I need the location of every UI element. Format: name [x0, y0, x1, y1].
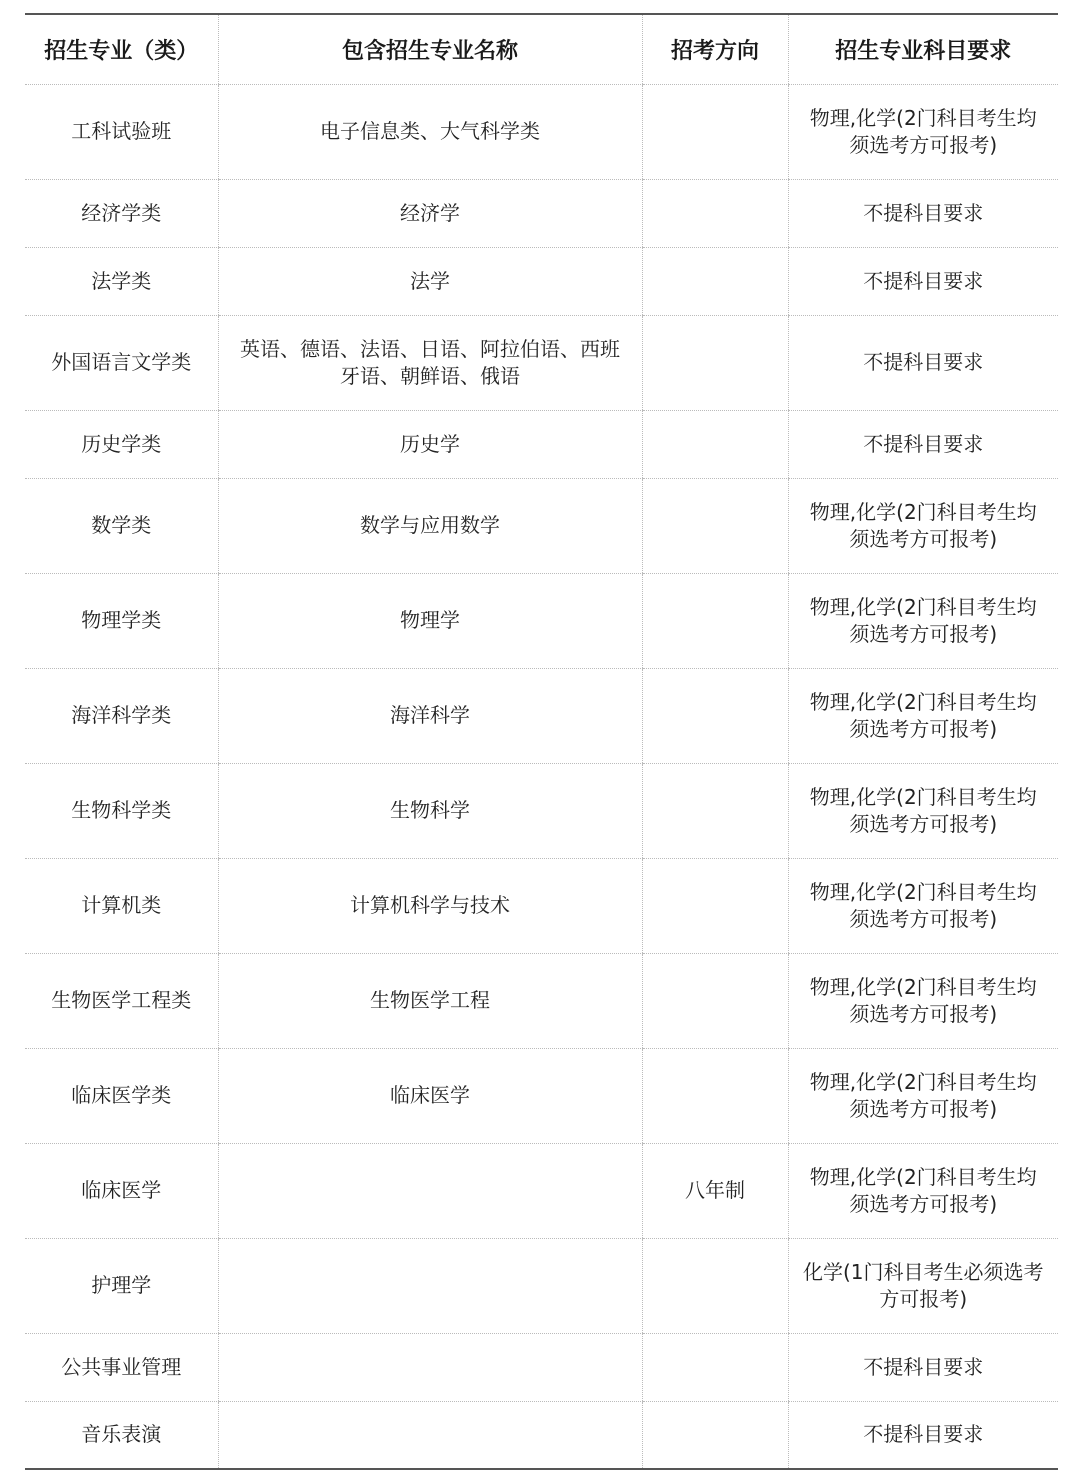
cell-includes: 历史学	[218, 410, 642, 478]
cell-direction	[642, 1401, 788, 1469]
cell-requirement: 不提科目要求	[788, 1333, 1058, 1401]
cell-direction	[642, 84, 788, 179]
cell-includes: 生物科学	[218, 763, 642, 858]
cell-includes	[218, 1401, 642, 1469]
cell-direction	[642, 573, 788, 668]
table-row: 临床医学 八年制 物理,化学(2门科目考生均须选考方可报考)	[25, 1143, 1058, 1238]
cell-major: 物理学类	[25, 573, 218, 668]
header-includes: 包含招生专业名称	[218, 14, 642, 84]
cell-requirement: 物理,化学(2门科目考生均须选考方可报考)	[788, 84, 1058, 179]
table-row: 外国语言文学类 英语、德语、法语、日语、阿拉伯语、西班牙语、朝鲜语、俄语 不提科…	[25, 315, 1058, 410]
cell-major: 计算机类	[25, 858, 218, 953]
cell-includes: 数学与应用数学	[218, 478, 642, 573]
cell-requirement: 物理,化学(2门科目考生均须选考方可报考)	[788, 668, 1058, 763]
table-row: 工科试验班 电子信息类、大气科学类 物理,化学(2门科目考生均须选考方可报考)	[25, 84, 1058, 179]
table-row: 法学类 法学 不提科目要求	[25, 247, 1058, 315]
cell-requirement: 不提科目要求	[788, 410, 1058, 478]
cell-requirement: 物理,化学(2门科目考生均须选考方可报考)	[788, 763, 1058, 858]
cell-major: 生物医学工程类	[25, 953, 218, 1048]
cell-major: 经济学类	[25, 179, 218, 247]
header-requirement: 招生专业科目要求	[788, 14, 1058, 84]
cell-requirement: 物理,化学(2门科目考生均须选考方可报考)	[788, 573, 1058, 668]
cell-major: 法学类	[25, 247, 218, 315]
cell-requirement: 物理,化学(2门科目考生均须选考方可报考)	[788, 1143, 1058, 1238]
cell-direction	[642, 668, 788, 763]
header-direction: 招考方向	[642, 14, 788, 84]
cell-includes: 经济学	[218, 179, 642, 247]
cell-direction: 八年制	[642, 1143, 788, 1238]
cell-includes	[218, 1238, 642, 1333]
cell-includes: 计算机科学与技术	[218, 858, 642, 953]
cell-includes: 英语、德语、法语、日语、阿拉伯语、西班牙语、朝鲜语、俄语	[218, 315, 642, 410]
cell-includes: 法学	[218, 247, 642, 315]
table-row: 数学类 数学与应用数学 物理,化学(2门科目考生均须选考方可报考)	[25, 478, 1058, 573]
cell-includes	[218, 1333, 642, 1401]
cell-major: 数学类	[25, 478, 218, 573]
cell-includes	[218, 1143, 642, 1238]
cell-major: 海洋科学类	[25, 668, 218, 763]
cell-direction	[642, 1238, 788, 1333]
cell-major: 历史学类	[25, 410, 218, 478]
cell-direction	[642, 315, 788, 410]
table-row: 海洋科学类 海洋科学 物理,化学(2门科目考生均须选考方可报考)	[25, 668, 1058, 763]
cell-major: 护理学	[25, 1238, 218, 1333]
cell-requirement: 物理,化学(2门科目考生均须选考方可报考)	[788, 858, 1058, 953]
cell-requirement: 不提科目要求	[788, 315, 1058, 410]
cell-direction	[642, 953, 788, 1048]
table-row: 经济学类 经济学 不提科目要求	[25, 179, 1058, 247]
cell-includes: 海洋科学	[218, 668, 642, 763]
cell-requirement: 物理,化学(2门科目考生均须选考方可报考)	[788, 1048, 1058, 1143]
cell-major: 音乐表演	[25, 1401, 218, 1469]
cell-major: 工科试验班	[25, 84, 218, 179]
cell-direction	[642, 247, 788, 315]
table-row: 音乐表演 不提科目要求	[25, 1401, 1058, 1469]
cell-major: 公共事业管理	[25, 1333, 218, 1401]
header-major: 招生专业（类）	[25, 14, 218, 84]
cell-direction	[642, 478, 788, 573]
cell-major: 生物科学类	[25, 763, 218, 858]
header-row: 招生专业（类） 包含招生专业名称 招考方向 招生专业科目要求	[25, 14, 1058, 84]
table-row: 生物医学工程类 生物医学工程 物理,化学(2门科目考生均须选考方可报考)	[25, 953, 1058, 1048]
cell-includes: 临床医学	[218, 1048, 642, 1143]
table-row: 临床医学类 临床医学 物理,化学(2门科目考生均须选考方可报考)	[25, 1048, 1058, 1143]
cell-requirement: 物理,化学(2门科目考生均须选考方可报考)	[788, 953, 1058, 1048]
cell-includes: 生物医学工程	[218, 953, 642, 1048]
cell-direction	[642, 179, 788, 247]
cell-requirement: 不提科目要求	[788, 1401, 1058, 1469]
cell-major: 外国语言文学类	[25, 315, 218, 410]
table-row: 公共事业管理 不提科目要求	[25, 1333, 1058, 1401]
table-row: 历史学类 历史学 不提科目要求	[25, 410, 1058, 478]
table-row: 护理学 化学(1门科目考生必须选考方可报考)	[25, 1238, 1058, 1333]
cell-direction	[642, 1333, 788, 1401]
table-row: 计算机类 计算机科学与技术 物理,化学(2门科目考生均须选考方可报考)	[25, 858, 1058, 953]
cell-direction	[642, 858, 788, 953]
cell-major: 临床医学类	[25, 1048, 218, 1143]
admission-table: 招生专业（类） 包含招生专业名称 招考方向 招生专业科目要求 工科试验班 电子信…	[25, 13, 1058, 1470]
cell-includes: 电子信息类、大气科学类	[218, 84, 642, 179]
cell-requirement: 物理,化学(2门科目考生均须选考方可报考)	[788, 478, 1058, 573]
table-row: 物理学类 物理学 物理,化学(2门科目考生均须选考方可报考)	[25, 573, 1058, 668]
cell-direction	[642, 1048, 788, 1143]
cell-direction	[642, 763, 788, 858]
cell-requirement: 化学(1门科目考生必须选考方可报考)	[788, 1238, 1058, 1333]
cell-direction	[642, 410, 788, 478]
table-row: 生物科学类 生物科学 物理,化学(2门科目考生均须选考方可报考)	[25, 763, 1058, 858]
cell-requirement: 不提科目要求	[788, 179, 1058, 247]
cell-includes: 物理学	[218, 573, 642, 668]
cell-requirement: 不提科目要求	[788, 247, 1058, 315]
cell-major: 临床医学	[25, 1143, 218, 1238]
